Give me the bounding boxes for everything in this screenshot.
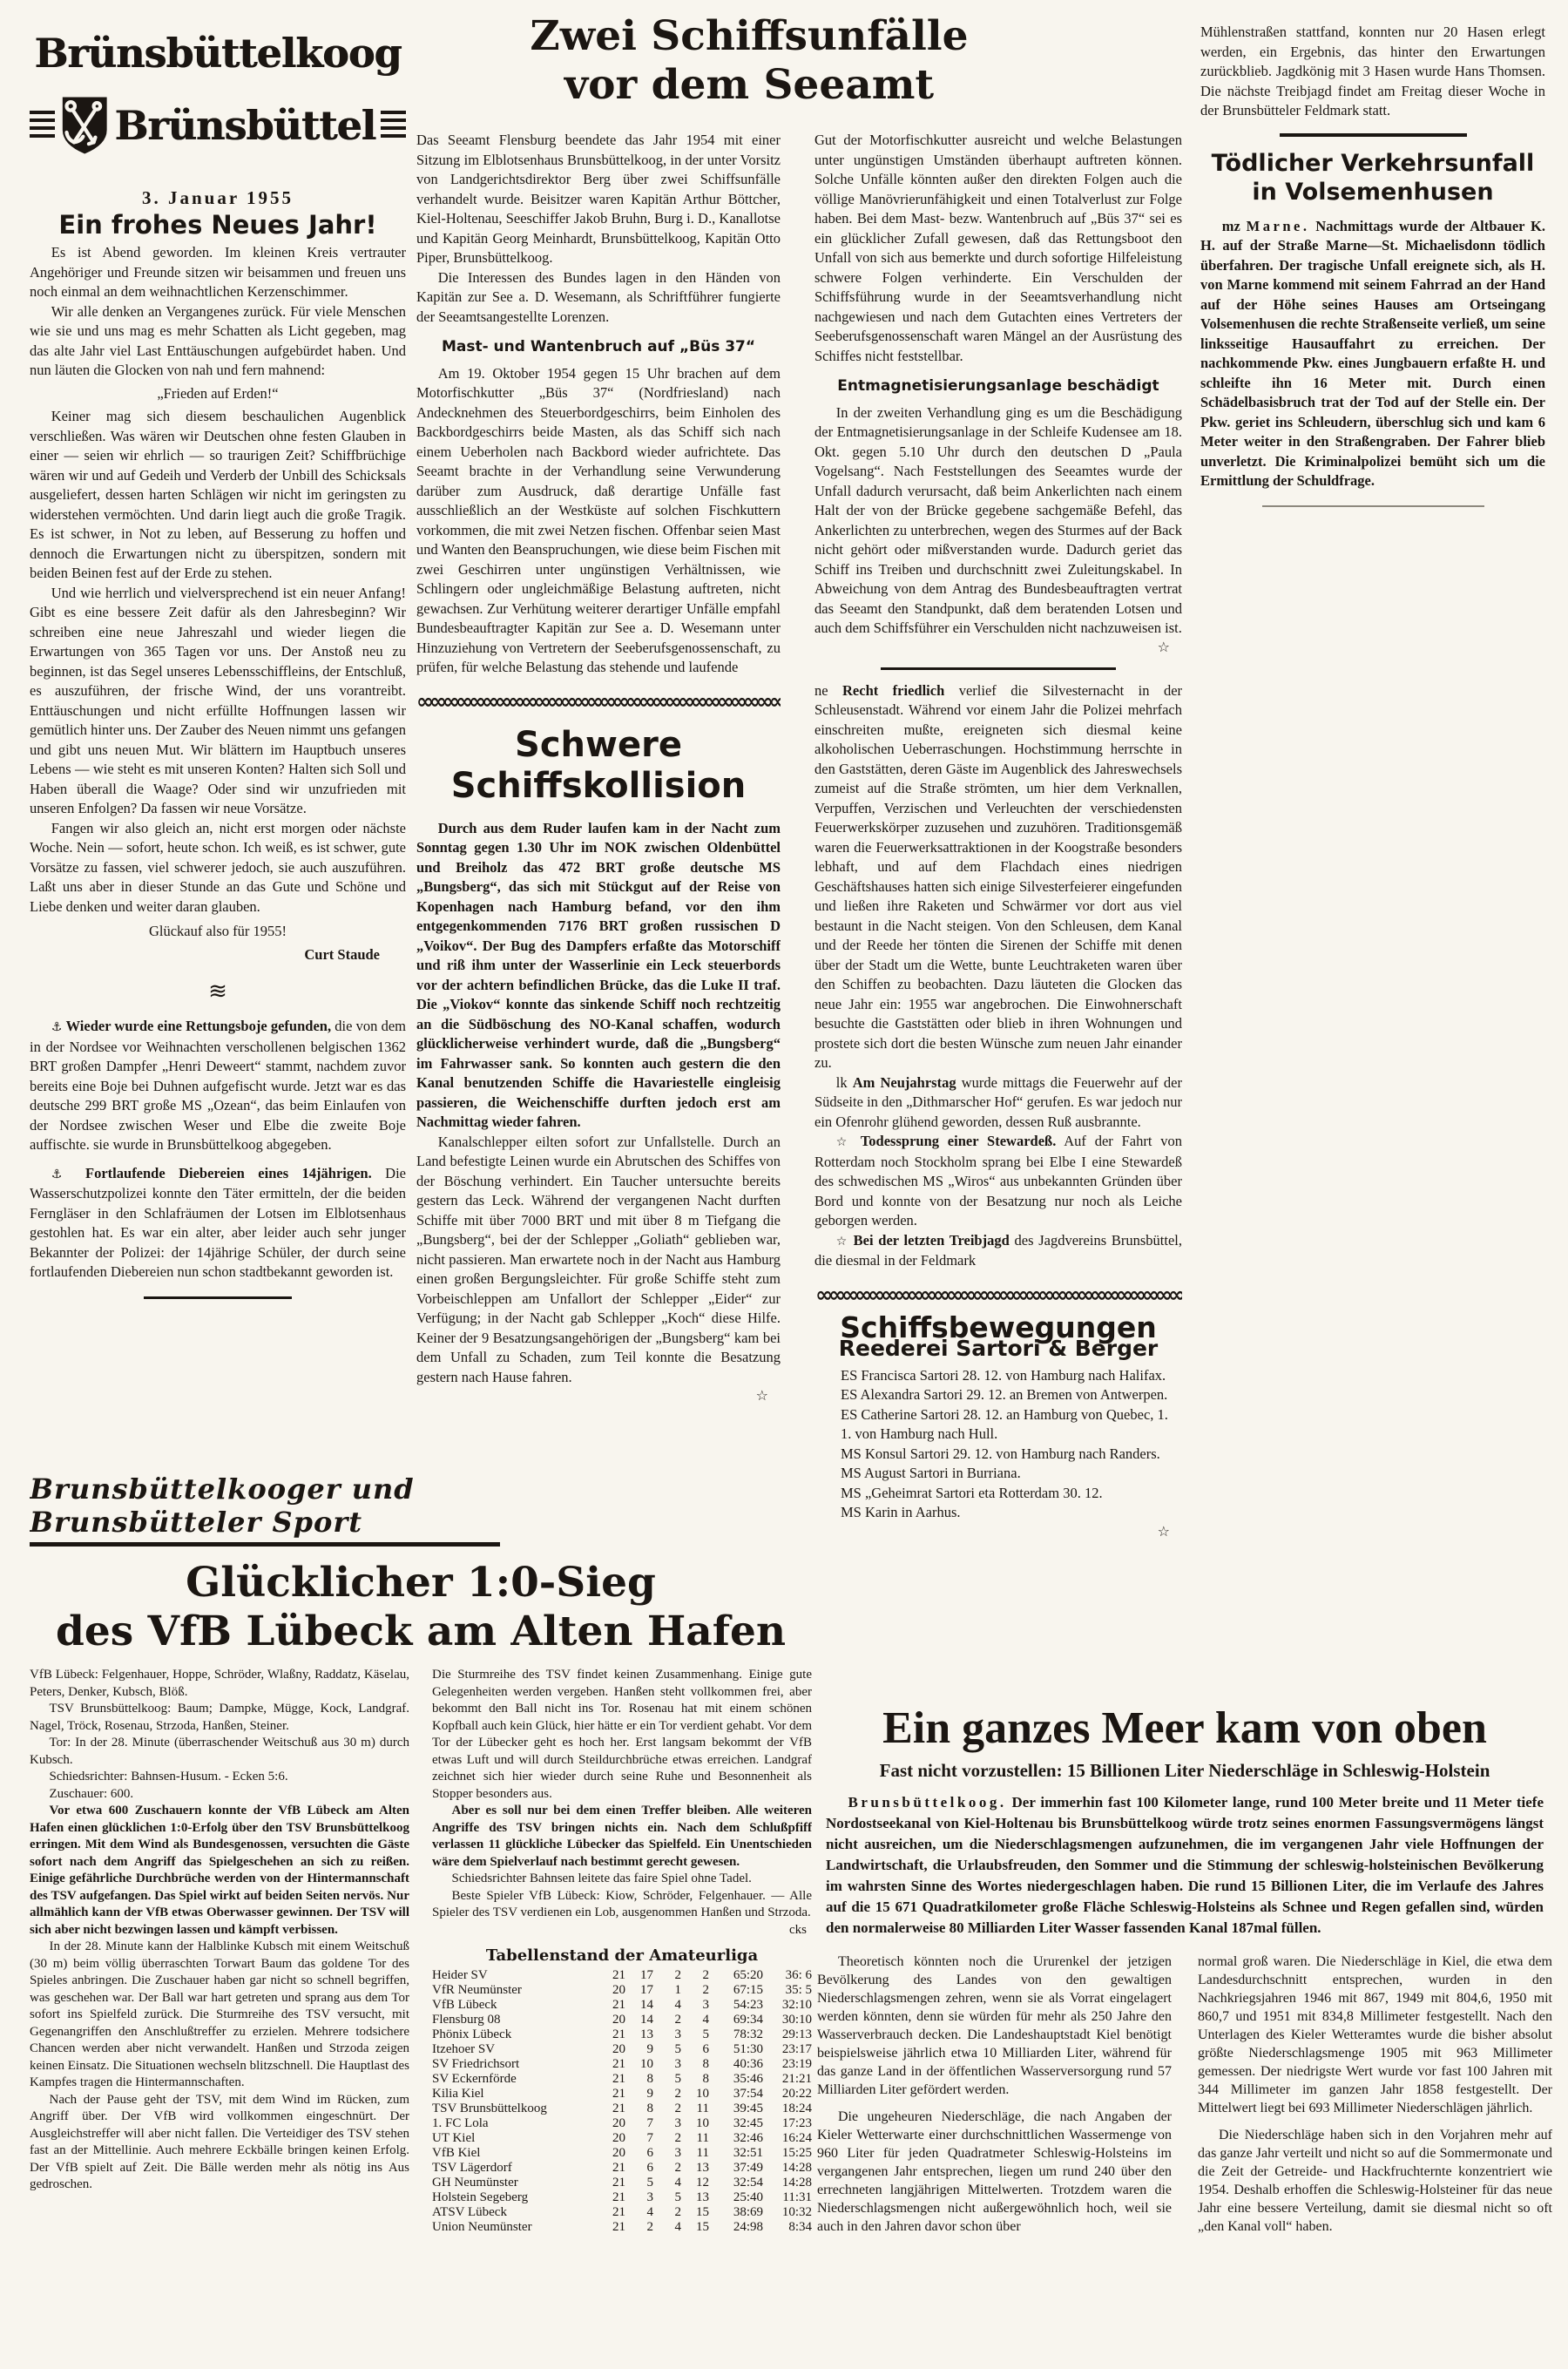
neujahr-p3: Keiner mag sich diesem beschaulichen Aug… [30, 407, 406, 584]
wins: 3 [625, 2190, 653, 2205]
brief-neujahrstag: lk Am Neujahrstag wurde mittags die Feue… [814, 1073, 1182, 1133]
masthead-ornament-left [30, 111, 55, 140]
points: 17:23 [763, 2116, 812, 2131]
games-played: 21 [598, 2220, 625, 2235]
dateline-location: Brunsbüttelkoog. [848, 1794, 1007, 1811]
headline-kollision-line2: Schiffskollision [416, 766, 781, 807]
wins: 8 [625, 2072, 653, 2087]
points: 32:10 [763, 1998, 812, 2013]
wins: 9 [625, 2042, 653, 2057]
draws: 3 [653, 2116, 681, 2131]
team-name: UT Kiel [432, 2131, 598, 2146]
league-table-row: UT Kiel 20 7 2 11 32:46 16:24 [432, 2131, 812, 2146]
ship-list-item: ES Catherine Sartori 28. 12. an Hamburg … [814, 1405, 1182, 1445]
points: 35: 5 [763, 1983, 812, 1998]
neujahr-p4: Und wie herrlich und vielversprechend is… [30, 584, 406, 819]
brief-text: die von dem in der Nordsee vor Weihnacht… [30, 1018, 406, 1153]
ship-list-item: MS Konsul Sartori 29. 12. von Hamburg na… [814, 1445, 1182, 1465]
wins: 10 [625, 2057, 653, 2072]
team-name: ATSV Lübeck [432, 2205, 598, 2220]
draws: 3 [653, 2027, 681, 2042]
goal-ratio: 67:15 [709, 1983, 763, 1998]
league-table-row: TSV Lägerdorf 21 6 2 13 37:49 14:28 [432, 2161, 812, 2176]
sport-report-p4: Die Sturmreihe des TSV findet keinen Zus… [432, 1667, 812, 1803]
losses: 10 [681, 2116, 709, 2131]
points: 10:32 [763, 2205, 812, 2220]
author-signature: Curt Staude [30, 945, 406, 965]
league-table-row: GH Neumünster 21 5 4 12 32:54 14:28 [432, 2176, 812, 2190]
points: 18:24 [763, 2102, 812, 2116]
wins: 4 [625, 2205, 653, 2220]
subhead-entmagnetisierung: Entmagnetisierungsanlage beschädigt [814, 376, 1182, 396]
draws: 2 [653, 1968, 681, 1983]
meer-column-2: normal groß waren. Die Niederschläge in … [1198, 1953, 1552, 2236]
draws: 2 [653, 2161, 681, 2176]
lead-text: Der immerhin fast 100 Kilometer lange, r… [826, 1794, 1544, 1936]
points: 21:21 [763, 2072, 812, 2087]
seeamt-p5: In der zweiten Verhandlung ging es um di… [814, 403, 1182, 639]
losses: 2 [681, 1983, 709, 1998]
league-table-row: Heider SV 21 17 2 2 65:20 36: 6 [432, 1968, 812, 1983]
wins: 8 [625, 2102, 653, 2116]
draws: 1 [653, 1983, 681, 1998]
league-table-row: Union Neumünster 21 2 4 15 24:98 8:34 [432, 2220, 812, 2235]
headline-neujahr: Ein frohes Neues Jahr! [30, 215, 406, 235]
brief-lead: Todessprung einer Stewardeß. [861, 1133, 1057, 1149]
headline-verkehrsunfall-line2: in Volsemenhusen [1200, 178, 1545, 206]
goal-ratio: 51:30 [709, 2042, 763, 2057]
team-name: TSV Lägerdorf [432, 2161, 598, 2176]
losses: 2 [681, 1968, 709, 1983]
ship-list-item: ES Francisca Sartori 28. 12. von Hamburg… [814, 1366, 1182, 1386]
losses: 10 [681, 2087, 709, 2102]
draws: 4 [653, 2176, 681, 2190]
reporter-byline: cks [432, 1922, 812, 1939]
team-name: Phönix Lübeck [432, 2027, 598, 2042]
sport-report-p7: Beste Spieler VfB Lübeck: Kiow, Schröder… [432, 1888, 812, 1922]
team-name: GH Neumünster [432, 2176, 598, 2190]
wins: 5 [625, 2176, 653, 2190]
sport-referee: Schiedsrichter: Bahnsen-Husum. - Ecken 5… [30, 1769, 409, 1786]
headline-meer: Ein ganzes Meer kam von oben [817, 1704, 1552, 1753]
losses: 11 [681, 2102, 709, 2116]
draws: 2 [653, 2102, 681, 2116]
braid-divider: ∞∞∞∞∞∞∞∞∞∞∞∞∞∞∞∞∞∞∞∞∞∞∞∞∞∞∞∞ [416, 690, 781, 713]
sport-goal: Tor: In der 28. Minute (überraschender W… [30, 1735, 409, 1769]
league-table-row: Holstein Segeberg 21 3 5 13 25:40 11:31 [432, 2190, 812, 2205]
games-played: 20 [598, 2131, 625, 2146]
seeamt-p3: Am 19. Oktober 1954 gegen 15 Uhr brachen… [416, 364, 781, 678]
points: 11:31 [763, 2190, 812, 2205]
sport-report-lead: Vor etwa 600 Zuschauern konnte der VfB L… [30, 1803, 409, 1939]
draws: 3 [653, 2057, 681, 2072]
anchor-key-shield-icon [60, 80, 109, 171]
brief-lead: Recht friedlich [842, 682, 944, 699]
league-table-row: Flensburg 08 20 14 2 4 69:34 30:10 [432, 2013, 812, 2027]
points: 14:28 [763, 2176, 812, 2190]
wins: 6 [625, 2161, 653, 2176]
losses: 11 [681, 2146, 709, 2161]
losses: 12 [681, 2176, 709, 2190]
headline-sport: Glücklicher 1:0-Sieg des VfB Lübeck am A… [30, 1559, 812, 1656]
section-rule [1280, 133, 1467, 137]
sport-column-2: Die Sturmreihe des TSV findet keinen Zus… [432, 1667, 812, 2235]
squiggle-divider: ≋ [30, 978, 406, 1005]
ship-list: ES Francisca Sartori 28. 12. von Hamburg… [814, 1366, 1182, 1523]
points: 23:17 [763, 2042, 812, 2057]
left-column: Brünsbüttelkoog Brünsbüttel 3. Januar 19… [30, 31, 406, 1485]
draws: 4 [653, 1998, 681, 2013]
draws: 2 [653, 2131, 681, 2146]
team-name: VfB Kiel [432, 2146, 598, 2161]
brief-treibjagd: ☆ Bei der letzten Treibjagd des Jagdvere… [814, 1231, 1182, 1271]
headline-sport-line2: des VfB Lübeck am Alten Hafen [30, 1608, 812, 1656]
subhead-reederei: Reederei Sartori & Berger [814, 1339, 1182, 1359]
brief-silvesternacht: ne Recht friedlich verlief die Silvester… [814, 681, 1182, 1073]
goal-ratio: 32:54 [709, 2176, 763, 2190]
team-name: Kilia Kiel [432, 2087, 598, 2102]
subhead-meer: Fast nicht vorzustellen: 15 Billionen Li… [817, 1760, 1552, 1782]
meer-c1-p1: Theoretisch könnten noch die Ururenkel d… [817, 1953, 1172, 2099]
team-name: Itzehoer SV [432, 2042, 598, 2057]
ship-list-item: MS August Sartori in Burriana. [814, 1464, 1182, 1484]
headline-kollision-line1: Schwere [416, 725, 781, 766]
games-played: 20 [598, 2116, 625, 2131]
league-table-row: Kilia Kiel 21 9 2 10 37:54 20:22 [432, 2087, 812, 2102]
star-ornament: ☆ [814, 1523, 1182, 1540]
games-played: 21 [598, 2072, 625, 2087]
goal-ratio: 32:46 [709, 2131, 763, 2146]
team-name: VfR Neumünster [432, 1983, 598, 1998]
brief-stewardess: ☆ Todessprung einer Stewardeß. Auf der F… [814, 1132, 1182, 1231]
wins: 14 [625, 2013, 653, 2027]
anchor-icon: ⚓ [51, 1020, 63, 1034]
headline-kollision: Schwere Schiffskollision [416, 725, 781, 807]
brief-prefix: lk [836, 1074, 848, 1091]
league-table-row: Itzehoer SV 20 9 5 6 51:30 23:17 [432, 2042, 812, 2057]
sport-column-1: VfB Lübeck: Felgenhauer, Hoppe, Schröder… [30, 1667, 409, 2235]
meer-article: Ein ganzes Meer kam von oben Fast nicht … [817, 1704, 1552, 2369]
league-table-row: SV Friedrichsort 21 10 3 8 40:36 23:19 [432, 2057, 812, 2072]
wins: 7 [625, 2116, 653, 2131]
seeamt-p4: Gut der Motorfischkutter ausreicht und w… [814, 131, 1182, 366]
goal-ratio: 35:46 [709, 2072, 763, 2087]
brief-lead: Bei der letzten Treibjagd [854, 1232, 1010, 1249]
meer-c2-p1: normal groß waren. Die Niederschläge in … [1198, 1953, 1552, 2117]
games-played: 20 [598, 2146, 625, 2161]
losses: 11 [681, 2131, 709, 2146]
wins: 17 [625, 1983, 653, 1998]
games-played: 20 [598, 1983, 625, 1998]
headline-schiffsbewegungen: Schiffsbewegungen [814, 1318, 1182, 1338]
losses: 6 [681, 2042, 709, 2057]
points: 23:19 [763, 2057, 812, 2072]
draws: 5 [653, 2042, 681, 2057]
draws: 2 [653, 2205, 681, 2220]
goal-ratio: 69:34 [709, 2013, 763, 2027]
draws: 3 [653, 2146, 681, 2161]
games-played: 21 [598, 1998, 625, 2013]
games-played: 20 [598, 2042, 625, 2057]
goal-ratio: 32:51 [709, 2146, 763, 2161]
byline-prefix: mz [1222, 218, 1240, 234]
meer-c1-p2: Die ungeheuren Niederschläge, die nach A… [817, 2108, 1172, 2236]
sport-section-header: Brunsbüttelkooger und Brunsbütteler Spor… [30, 1472, 500, 1547]
kollision-p2: Kanalschlepper eilten sofort zur Unfalls… [416, 1133, 781, 1388]
goal-ratio: 39:45 [709, 2102, 763, 2116]
neujahr-p2: Wir alle denken an Vergangenes zurück. F… [30, 302, 406, 381]
games-played: 21 [598, 2161, 625, 2176]
section-rule [881, 667, 1116, 670]
losses: 15 [681, 2205, 709, 2220]
losses: 15 [681, 2220, 709, 2235]
games-played: 20 [598, 2013, 625, 2027]
goal-ratio: 32:45 [709, 2116, 763, 2131]
losses: 4 [681, 2013, 709, 2027]
team-name: Flensburg 08 [432, 2013, 598, 2027]
newspaper-page: Brünsbüttelkoog Brünsbüttel 3. Januar 19… [0, 0, 1568, 2369]
points: 8:34 [763, 2220, 812, 2235]
points: 20:22 [763, 2087, 812, 2102]
points: 36: 6 [763, 1968, 812, 1983]
masthead-title-line1: Brünsbüttelkoog [30, 31, 406, 75]
kollision-lead: Durch aus dem Ruder laufen kam in der Na… [416, 819, 781, 1133]
headline-seeamt-line2: vor dem Seeamt [414, 61, 1085, 110]
goal-ratio: 24:98 [709, 2220, 763, 2235]
braid-divider: ∞∞∞∞∞∞∞∞∞∞∞∞∞∞∞∞∞∞∞∞∞∞∞∞∞∞∞∞ [814, 1283, 1182, 1306]
star-ornament: ☆ [416, 1387, 781, 1404]
games-played: 21 [598, 2102, 625, 2116]
losses: 8 [681, 2072, 709, 2087]
anchor-icon: ⚓ [51, 1168, 72, 1181]
draws: 4 [653, 2220, 681, 2235]
neujahr-quote: „Frieden auf Erden!“ [30, 384, 406, 404]
issue-date: 3. Januar 1955 [30, 188, 406, 208]
league-table-row: VfR Neumünster 20 17 1 2 67:15 35: 5 [432, 1983, 812, 1998]
league-table-row: Phönix Lübeck 21 13 3 5 78:32 29:13 [432, 2027, 812, 2042]
goal-ratio: 37:54 [709, 2087, 763, 2102]
sport-lineup-tsv: TSV Brunsbüttelkoog: Baum; Dampke, Mügge… [30, 1701, 409, 1735]
goal-ratio: 25:40 [709, 2190, 763, 2205]
headline-verkehrsunfall-line1: Tödlicher Verkehrsunfall [1200, 149, 1545, 178]
league-table-row: TSV Brunsbüttelkoog 21 8 2 11 39:45 18:2… [432, 2102, 812, 2116]
games-played: 21 [598, 2190, 625, 2205]
points: 16:24 [763, 2131, 812, 2146]
goal-ratio: 40:36 [709, 2057, 763, 2072]
league-table-row: ATSV Lübeck 21 4 2 15 38:69 10:32 [432, 2205, 812, 2220]
draws: 5 [653, 2190, 681, 2205]
end-rule [1262, 505, 1484, 507]
seeamt-p1: Das Seeamt Flensburg beendete das Jahr 1… [416, 131, 781, 268]
masthead-ornament-right [381, 111, 406, 140]
team-name: SV Eckernförde [432, 2072, 598, 2087]
meer-c2-p2: Die Niederschläge haben sich in den Vorj… [1198, 2126, 1552, 2236]
games-played: 21 [598, 2205, 625, 2220]
league-table-row: SV Eckernförde 21 8 5 8 35:46 21:21 [432, 2072, 812, 2087]
losses: 5 [681, 2027, 709, 2042]
wins: 14 [625, 1998, 653, 2013]
sport-section: Brunsbüttelkooger und Brunsbütteler Spor… [30, 1472, 812, 2369]
goal-ratio: 54:23 [709, 1998, 763, 2013]
star-ornament: ☆ [814, 639, 1182, 656]
games-played: 21 [598, 2087, 625, 2102]
ship-list-item: MS „Geheimrat Sartori eta Rotterdam 30. … [814, 1484, 1182, 1504]
games-played: 21 [598, 2176, 625, 2190]
sport-report-p6: Schiedsrichter Bahnsen leitete das faire… [432, 1871, 812, 1888]
team-name: TSV Brunsbüttelkoog [432, 2102, 598, 2116]
star-icon: ☆ [836, 1135, 852, 1149]
team-name: Union Neumünster [432, 2220, 598, 2235]
wins: 13 [625, 2027, 653, 2042]
goal-ratio: 38:69 [709, 2205, 763, 2220]
section-rule [144, 1296, 292, 1299]
league-table-title: Tabellenstand der Amateurliga [432, 1947, 812, 1965]
sport-report-p5: Aber es soll nur bei dem einen Treffer b… [432, 1803, 812, 1871]
team-name: SV Friedrichsort [432, 2057, 598, 2072]
wins: 9 [625, 2087, 653, 2102]
points: 14:28 [763, 2161, 812, 2176]
neujahr-p5: Fangen wir also gleich an, nicht erst mo… [30, 819, 406, 917]
losses: 8 [681, 2057, 709, 2072]
ship-list-item: ES Alexandra Sartori 29. 12. an Bremen v… [814, 1385, 1182, 1405]
meer-lead: Brunsbüttelkoog. Der immerhin fast 100 K… [817, 1792, 1552, 1939]
seeamt-column-b: Gut der Motorfischkutter ausreicht und w… [814, 131, 1182, 1702]
team-name: Holstein Segeberg [432, 2190, 598, 2205]
losses: 13 [681, 2190, 709, 2205]
news-brief-diebereien: ⚓ Fortlaufende Diebereien eines 14jährig… [30, 1164, 406, 1283]
team-name: VfB Lübeck [432, 1998, 598, 2013]
headline-seeamt: Zwei Schiffsunfälle vor dem Seeamt [414, 12, 1085, 110]
goal-ratio: 78:32 [709, 2027, 763, 2042]
games-played: 21 [598, 1968, 625, 1983]
dateline-location: Marne. [1247, 218, 1310, 234]
games-played: 21 [598, 2027, 625, 2042]
jagd-fortsetzung: Mühlenstraßen stattfand, konnten nur 20 … [1200, 23, 1545, 121]
brief-text: verlief die Silvesternacht in der Schleu… [814, 682, 1182, 1072]
headline-seeamt-line1: Zwei Schiffsunfälle [414, 12, 1085, 61]
masthead-title-line2: Brünsbüttel [114, 116, 375, 136]
losses: 3 [681, 1998, 709, 2013]
brief-lead: Fortlaufende Diebereien eines 14jährigen… [85, 1165, 372, 1181]
league-table-row: 1. FC Lola 20 7 3 10 32:45 17:23 [432, 2116, 812, 2131]
draws: 2 [653, 2087, 681, 2102]
right-column: Mühlenstraßen stattfand, konnten nur 20 … [1200, 23, 1545, 641]
goal-ratio: 37:49 [709, 2161, 763, 2176]
neujahr-p1: Es ist Abend geworden. Im kleinen Kreis … [30, 243, 406, 302]
league-table-row: VfB Kiel 20 6 3 11 32:51 15:25 [432, 2146, 812, 2161]
sport-report-p2: In der 28. Minute kann der Halblinke Kub… [30, 1939, 409, 2092]
wins: 6 [625, 2146, 653, 2161]
draws: 5 [653, 2072, 681, 2087]
points: 29:13 [763, 2027, 812, 2042]
wins: 7 [625, 2131, 653, 2146]
news-brief-rettungsboje: ⚓ Wieder wurde eine Rettungsboje gefunde… [30, 1017, 406, 1155]
sport-report-p3: Nach der Pause geht der TSV, mit dem Win… [30, 2092, 409, 2194]
wins: 17 [625, 1968, 653, 1983]
neujahr-closing: Glückauf also für 1955! [30, 922, 406, 942]
ship-list-item: MS Karin in Aarhus. [814, 1503, 1182, 1523]
seeamt-p2: Die Interessen des Bundes lagen in den H… [416, 268, 781, 328]
points: 30:10 [763, 2013, 812, 2027]
headline-verkehrsunfall: Tödlicher Verkehrsunfall in Volsemenhuse… [1200, 149, 1545, 206]
sport-lineup-vfb: VfB Lübeck: Felgenhauer, Hoppe, Schröder… [30, 1667, 409, 1701]
brief-prefix: ne [814, 682, 828, 699]
brief-lead: Wieder wurde eine Rettungsboje gefunden, [66, 1018, 331, 1034]
verkehr-text: mz Marne. Nachmittags wurde der Altbauer… [1200, 217, 1545, 491]
star-icon: ☆ [836, 1235, 848, 1249]
sport-attendance: Zuschauer: 600. [30, 1786, 409, 1804]
article-text: Nachmittags wurde der Altbauer K. H. auf… [1200, 218, 1545, 490]
team-name: 1. FC Lola [432, 2116, 598, 2131]
seeamt-column-a: Das Seeamt Flensburg beendete das Jahr 1… [416, 131, 781, 1490]
league-table: Heider SV 21 17 2 2 65:20 36: 6 VfR Neum… [432, 1968, 812, 2235]
brief-text: Die Wasserschutzpolizei konnte den Täter… [30, 1165, 406, 1281]
brief-lead: Am Neujahrstag [853, 1074, 956, 1091]
points: 15:25 [763, 2146, 812, 2161]
draws: 2 [653, 2013, 681, 2027]
subhead-wantenbruch: Mast- und Wantenbruch auf „Büs 37“ [416, 337, 781, 357]
wins: 2 [625, 2220, 653, 2235]
masthead: Brünsbüttelkoog Brünsbüttel [30, 31, 406, 171]
losses: 13 [681, 2161, 709, 2176]
meer-column-1: Theoretisch könnten noch die Ururenkel d… [817, 1953, 1172, 2236]
games-played: 21 [598, 2057, 625, 2072]
team-name: Heider SV [432, 1968, 598, 1983]
league-table-row: VfB Lübeck 21 14 4 3 54:23 32:10 [432, 1998, 812, 2013]
goal-ratio: 65:20 [709, 1968, 763, 1983]
headline-sport-line1: Glücklicher 1:0-Sieg [30, 1559, 812, 1608]
